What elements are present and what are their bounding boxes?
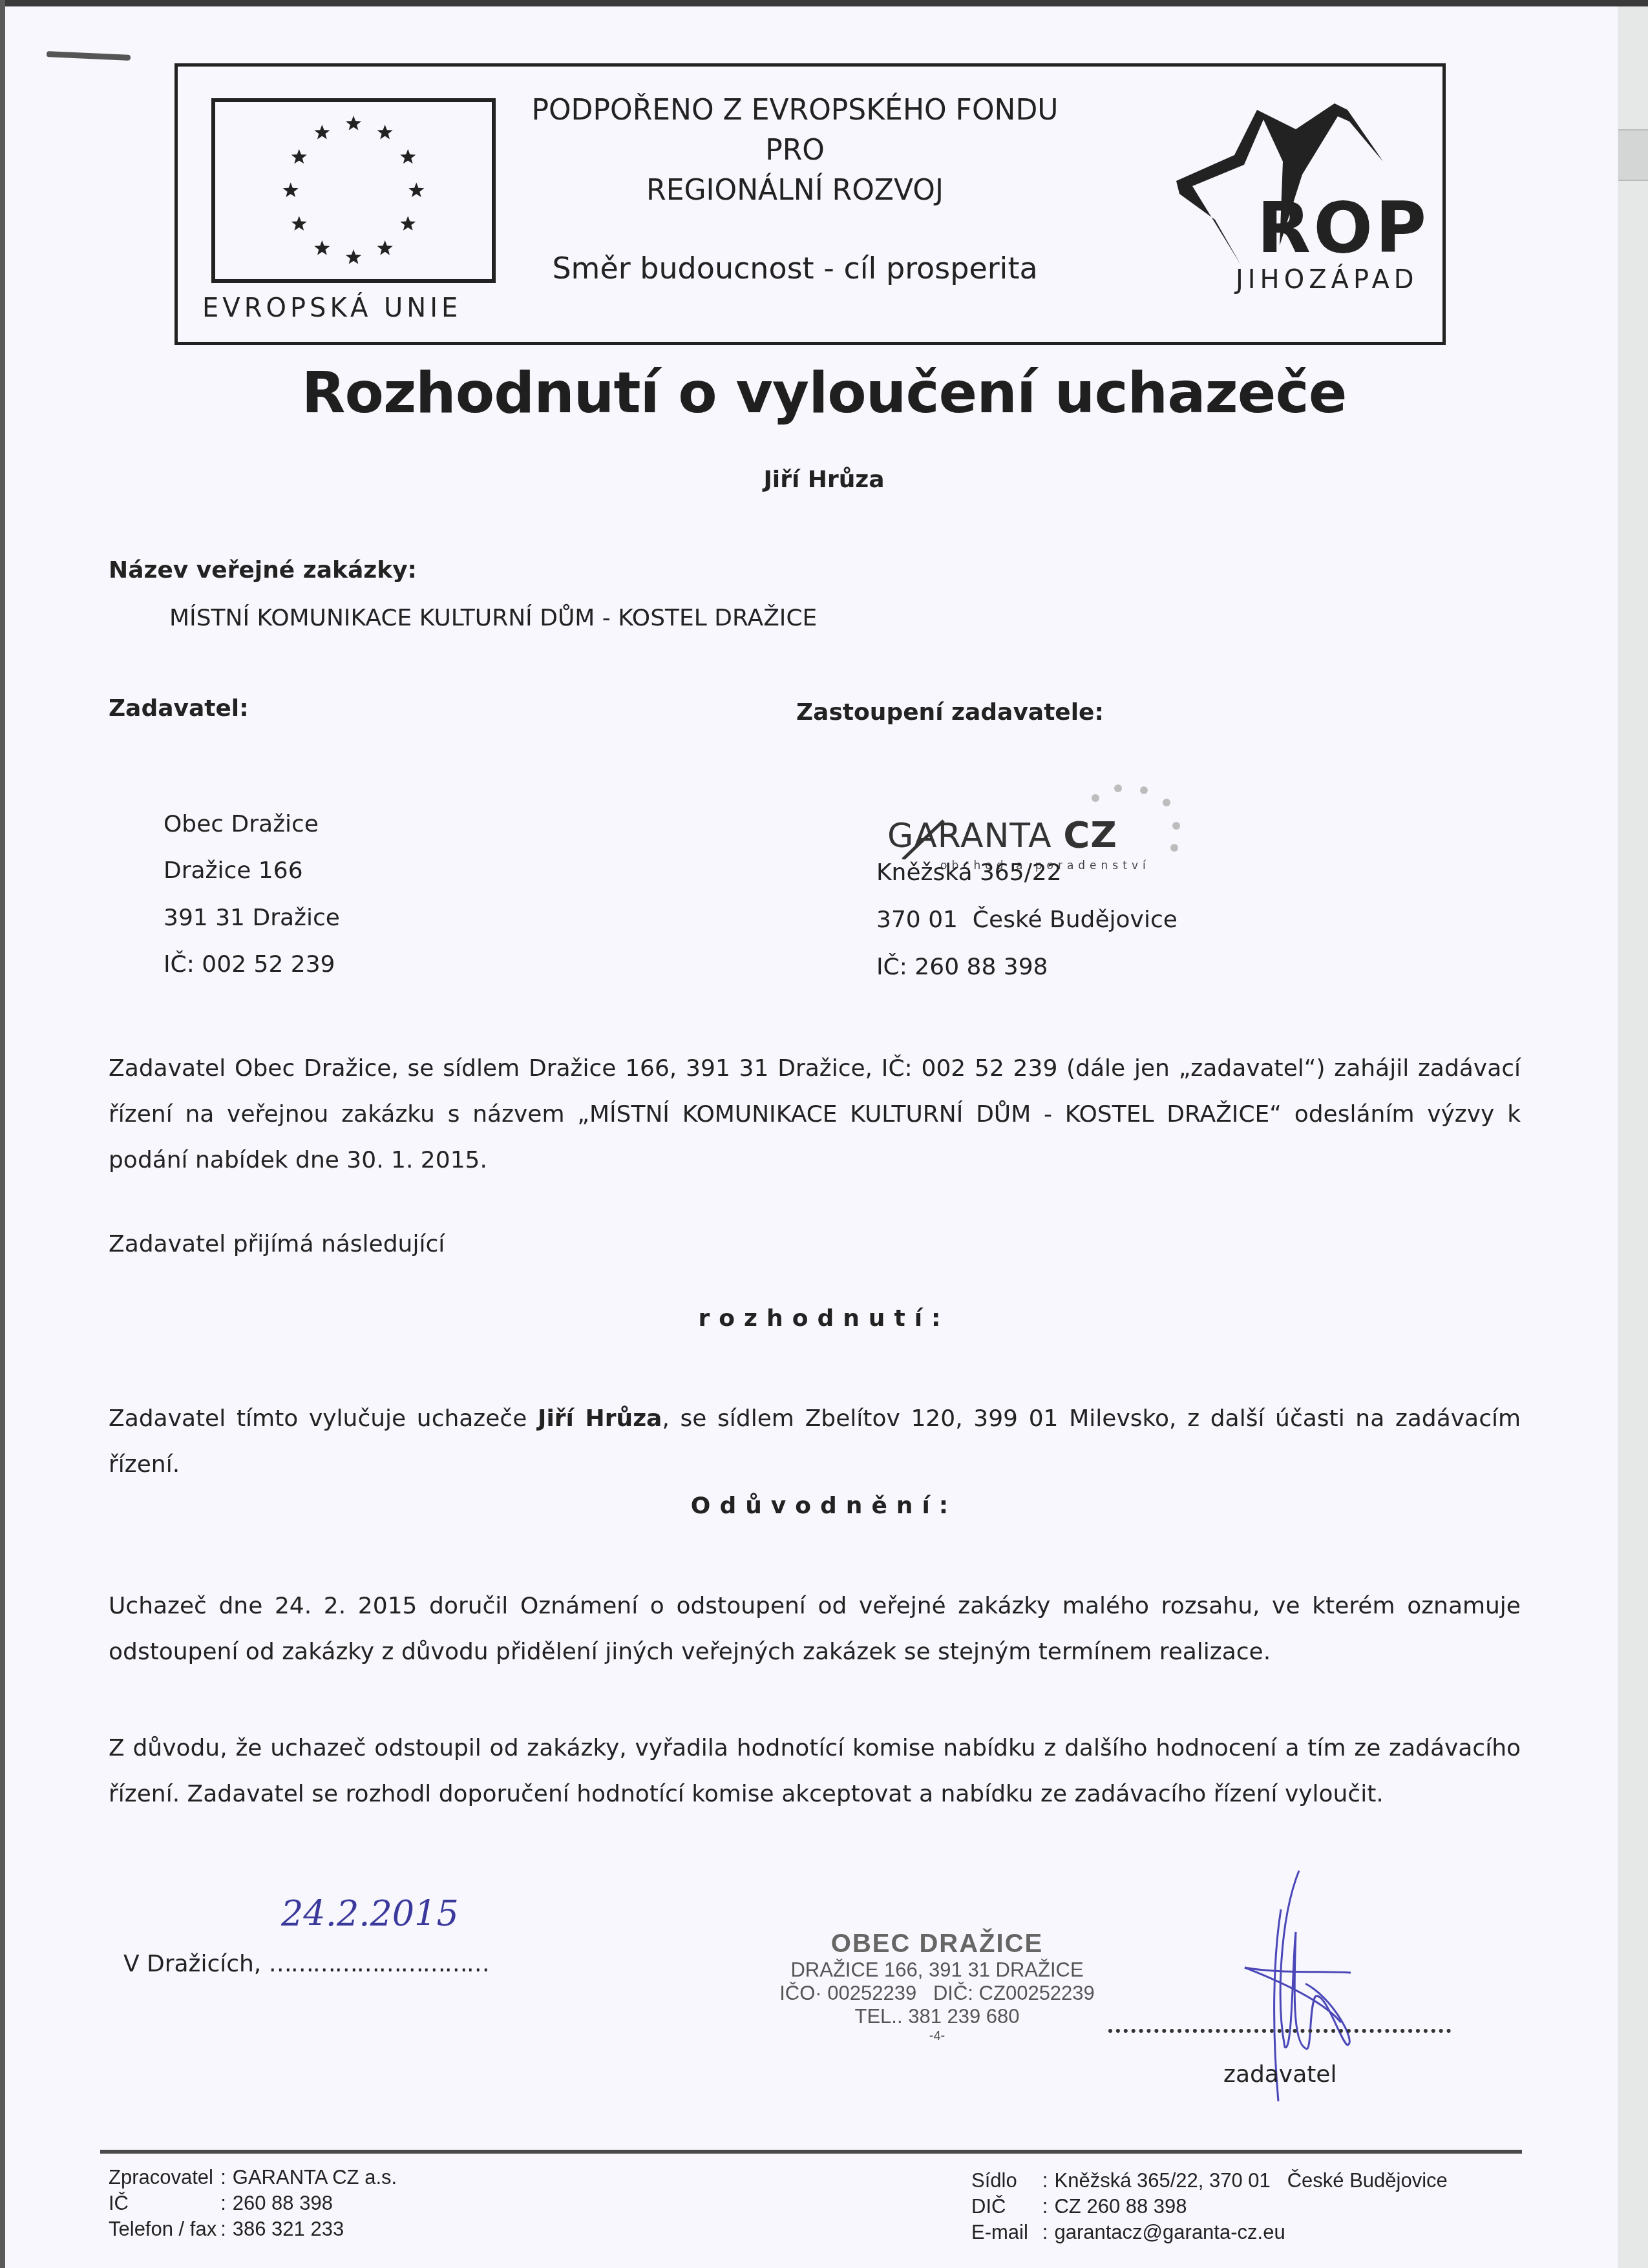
footer-key: Telefon / fax (109, 2216, 220, 2242)
contract-name: MÍSTNÍ KOMUNIKACE KULTURNÍ DŮM - KOSTEL … (169, 605, 817, 631)
footer-value: CZ 260 88 398 (1054, 2194, 1447, 2220)
stamp-name: OBEC DRAŽICE (743, 1929, 1131, 1958)
representative-label: Zastoupení zadavatele: (796, 699, 1104, 726)
stamp-line: TEL.. 381 239 680 (743, 2005, 1131, 2028)
date-dots: ………………………… (269, 1951, 489, 1977)
footer-key: Sídlo (971, 2168, 1042, 2194)
stamp-line: DRAŽICE 166, 391 31 DRAŽICE (743, 1958, 1131, 1982)
footer-email-link[interactable]: garantacz@garanta-cz.eu (1054, 2220, 1447, 2245)
page-title: Rozhodnutí o vyloučení uchazeče (0, 359, 1648, 426)
footer-row: E-mail : garantacz@garanta-cz.eu (971, 2220, 1448, 2245)
garanta-suffix: CZ (1063, 814, 1117, 856)
footer-separator: : (220, 2165, 233, 2190)
footer-separator: : (220, 2190, 233, 2216)
reasoning-heading: Odůvodnění: (0, 1493, 1648, 1519)
footer-separator: : (1042, 2220, 1055, 2245)
excluded-bidder-name: Jiří Hrůza (0, 467, 1648, 493)
fund-line: PODPOŘENO Z EVROPSKÉHO FONDU (511, 90, 1079, 131)
signature-line (1108, 2029, 1451, 2033)
garanta-name: GARANTA (887, 817, 1052, 856)
decision-paragraph: Zadavatel tímto vylučuje uchazeče Jiří H… (109, 1396, 1521, 1487)
footer-company-info: Zpracovatel : GARANTA CZ a.s. IČ : 260 8… (109, 2165, 397, 2242)
footer-separator: : (1042, 2194, 1055, 2220)
rop-wordmark: ROP (1257, 194, 1429, 264)
scan-border-top (0, 0, 1648, 6)
decision-heading: rozhodnutí: (0, 1305, 1648, 1332)
accepts-line: Zadavatel přijímá následující (109, 1231, 445, 1257)
authority-line: IČ: 002 52 239 (164, 951, 335, 978)
handwritten-date: 24.2.2015 (281, 1893, 459, 1934)
footer-separator: : (220, 2216, 233, 2242)
footer-row: Zpracovatel : GARANTA CZ a.s. (109, 2165, 397, 2190)
representative-line: IČ: 260 88 398 (876, 954, 1048, 980)
eu-stars-icon (215, 102, 492, 279)
reasoning-paragraph-1: Uchazeč dne 24. 2. 2015 doručil Oznámení… (109, 1583, 1521, 1675)
footer-key: Zpracovatel (109, 2165, 220, 2190)
contract-label: Název veřejné zakázky: (109, 557, 417, 583)
footer-key: IČ (109, 2190, 220, 2216)
reasoning-paragraph-2: Z důvodu, že uchazeč odstoupil od zakázk… (109, 1725, 1521, 1817)
fund-line: PRO (511, 131, 1079, 171)
authority-line: Dražice 166 (164, 857, 303, 884)
fund-line: REGIONÁLNÍ ROZVOJ (511, 171, 1079, 211)
footer-row: Sídlo : Kněžská 365/22, 370 01 České Bud… (971, 2168, 1448, 2194)
footer-divider (100, 2150, 1522, 2154)
footer-separator: : (1042, 2168, 1055, 2194)
decision-bidder-name: Jiří Hrůza (538, 1405, 662, 1432)
footer-value: 260 88 398 (233, 2190, 397, 2216)
stamp-page-mark: -4- (743, 2028, 1131, 2044)
authority-line: Obec Dražice (164, 811, 319, 837)
footer-value: Kněžská 365/22, 370 01 České Budějovice (1054, 2168, 1447, 2194)
rop-region: JIHOZÁPAD (1236, 265, 1419, 295)
footer-contact-info: Sídlo : Kněžská 365/22, 370 01 České Bud… (971, 2168, 1448, 2245)
municipal-stamp: OBEC DRAŽICE DRAŽICE 166, 391 31 DRAŽICE… (743, 1929, 1131, 2044)
eu-label: EVROPSKÁ UNIE (202, 293, 506, 323)
footer-row: IČ : 260 88 398 (109, 2190, 397, 2216)
representative-line: 370 01 České Budějovice (876, 907, 1178, 933)
fund-motto: Směr budoucnost - cíl prosperita (511, 251, 1079, 286)
scan-background-tab (1618, 129, 1648, 181)
footer-row: Telefon / fax : 386 321 233 (109, 2216, 397, 2242)
place-label: V Dražicích, (123, 1951, 269, 1977)
fund-statement: PODPOŘENO Z EVROPSKÉHO FONDU PRO REGIONÁ… (511, 90, 1079, 211)
eu-flag-logo (211, 98, 496, 283)
decision-text-before: Zadavatel tímto vylučuje uchazeče (109, 1405, 538, 1432)
footer-row: DIČ : CZ 260 88 398 (971, 2194, 1448, 2220)
footer-key: DIČ (971, 2194, 1042, 2220)
representative-line: Kněžská 365/22 (876, 859, 1062, 886)
footer-key[interactable]: E-mail (971, 2220, 1042, 2245)
footer-value: 386 321 233 (233, 2216, 397, 2242)
footer-value: GARANTA CZ a.s. (233, 2165, 397, 2190)
stamp-line: IČO· 00252239 DIČ: CZ00252239 (743, 1982, 1131, 2005)
scan-border-left (0, 0, 5, 2268)
garanta-logo: GARANTA CZ obchod a poradenství (876, 769, 1205, 859)
contracting-authority-label: Zadavatel: (109, 695, 249, 722)
signer-label: zadavatel (1223, 2061, 1337, 2088)
authority-line: 391 31 Dražice (164, 905, 340, 931)
intro-paragraph: Zadavatel Obec Dražice, se sídlem Dražic… (109, 1045, 1521, 1183)
